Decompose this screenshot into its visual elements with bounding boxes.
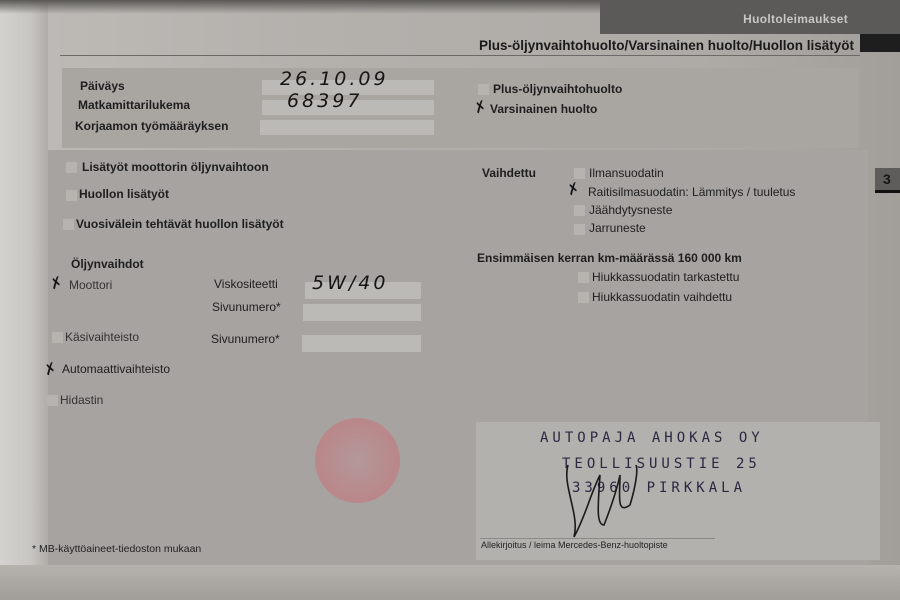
chapter-tab: 3 [875, 168, 900, 193]
signature-line [480, 538, 715, 539]
first-time-heading: Ensimmäisen kerran km-määrässä 160 000 k… [477, 251, 742, 265]
odometer-label: Matkamittarilukema [78, 98, 190, 112]
page-subtitle: Plus-öljynvaihtohuolto/Varsinainen huolt… [479, 38, 854, 53]
dpf-inspected-label: Hiukkassuodatin tarkastettu [592, 270, 739, 284]
stamp-line-1: AUTOPAJA AHOKAS OY [540, 430, 764, 446]
section-header-bar: Huoltoleimaukset [600, 0, 900, 34]
checkbox-retarder[interactable] [47, 395, 58, 406]
regular-service-label: Varsinainen huolto [490, 102, 597, 116]
automatic-transmission-label: Automaattivaihteisto [62, 362, 170, 376]
dpf-replaced-label: Hiukkassuodatin vaihdettu [592, 290, 732, 304]
manual-transmission-label: Käsivaihteisto [65, 330, 139, 344]
service-booklet-page: Huoltoleimaukset Plus-öljynvaihtohuolto/… [0, 0, 900, 600]
checkbox-engine-oil-extra[interactable] [66, 162, 77, 173]
work-order-label: Korjaamon työmääräyksen [75, 119, 228, 133]
brake-fluid-label: Jarruneste [589, 221, 646, 235]
checkbox-manual-transmission[interactable] [52, 332, 63, 343]
air-filter-label: Ilmansuodatin [589, 166, 664, 180]
signature-caption: Allekirjoitus / leima Mercedes-Benz-huol… [481, 540, 668, 550]
section-title: Huoltoleimaukset [743, 12, 848, 26]
page-number-label-2: Sivunumero* [211, 332, 280, 346]
faded-red-stamp [315, 418, 400, 503]
checkbox-service-extra[interactable] [66, 190, 77, 201]
viscosity-label: Viskositeetti [214, 277, 278, 291]
checkbox-dpf-replaced[interactable] [578, 292, 589, 303]
chapter-number: 3 [883, 171, 891, 187]
annual-extra-label: Vuosivälein tehtävät huollon lisätyöt [76, 217, 284, 231]
cabin-filter-label: Raitisilmasuodatin: Lämmitys / tuuletus [588, 185, 795, 199]
odometer-value: 68397 [287, 90, 362, 112]
work-order-field[interactable] [260, 120, 434, 135]
service-extra-label: Huollon lisätyöt [79, 187, 169, 201]
date-value: 26.10.09 [280, 68, 389, 90]
viscosity-value: 5W/40 [312, 272, 388, 294]
page-number-field-2[interactable] [302, 335, 421, 352]
signature-scribble [560, 455, 650, 545]
checkbox-plus-oil-service[interactable] [478, 84, 489, 95]
checkbox-coolant[interactable] [574, 205, 585, 216]
page-number-label-1: Sivunumero* [212, 300, 281, 314]
page-shadow [0, 0, 600, 14]
checkbox-brake-fluid[interactable] [574, 224, 585, 235]
page-number-field-1[interactable] [303, 304, 421, 321]
booklet-binding [0, 0, 48, 600]
retarder-label: Hidastin [60, 393, 103, 407]
date-label: Päiväys [80, 79, 125, 93]
footnote: * MB-käyttöaineet-tiedoston mukaan [32, 543, 201, 555]
plus-oil-service-label: Plus-öljynvaihtohuolto [493, 82, 622, 96]
coolant-label: Jäähdytysneste [589, 203, 672, 217]
engine-label: Moottori [69, 278, 112, 292]
subtitle-marker [860, 34, 900, 52]
divider [60, 55, 860, 56]
page-bottom-edge [0, 565, 900, 600]
checkbox-dpf-inspected[interactable] [578, 272, 589, 283]
replaced-heading: Vaihdettu [482, 166, 536, 180]
engine-oil-extra-label: Lisätyöt moottorin öljynvaihtoon [82, 160, 269, 174]
oil-changes-heading: Öljynvaihdot [71, 257, 144, 271]
checkbox-annual-extra[interactable] [63, 219, 74, 230]
